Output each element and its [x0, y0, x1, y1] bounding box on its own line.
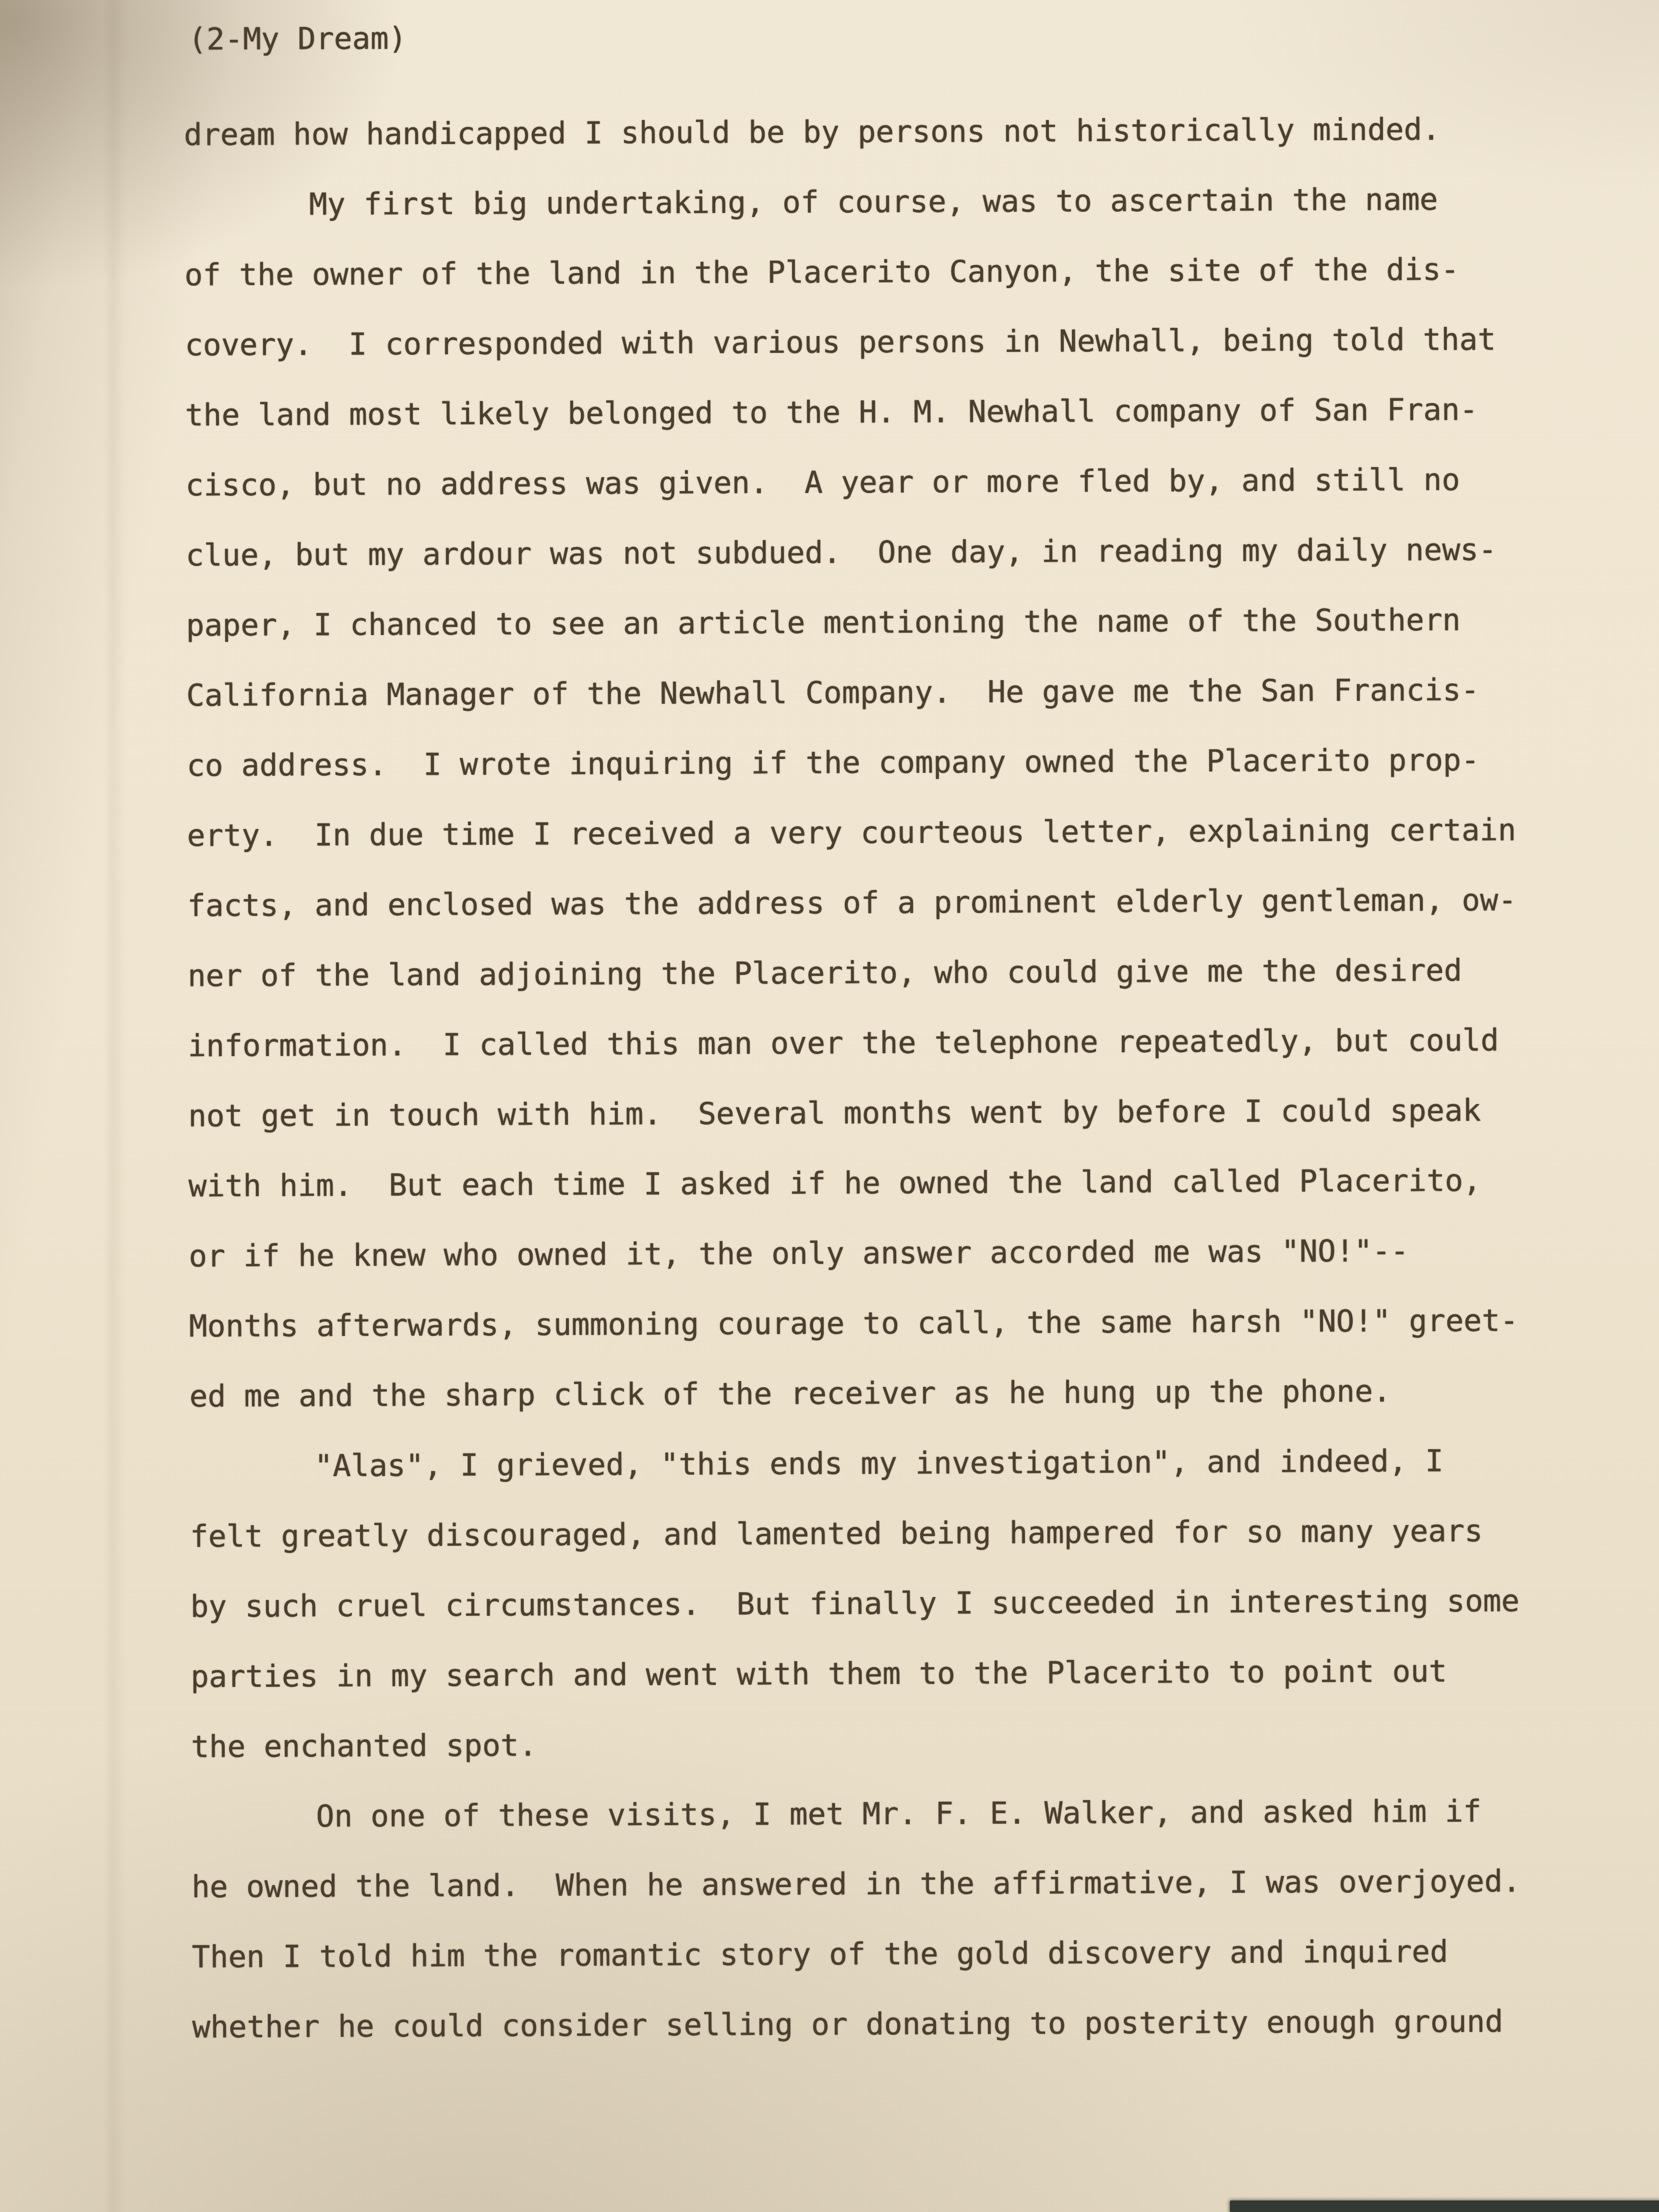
text-line: he owned the land. When he answered in t…: [192, 1846, 1584, 1923]
text-line: ed me and the sharp click of the receive…: [189, 1356, 1582, 1432]
text-line: co address. I wrote inquiring if the com…: [187, 725, 1579, 801]
typed-body: dream how handicapped I should be by per…: [184, 94, 1585, 2063]
text-line: Then I told him the romantic story of th…: [192, 1916, 1584, 1993]
text-line: clue, but my ardour was not subdued. One…: [186, 515, 1578, 591]
text-line: Months afterwards, summoning courage to …: [189, 1286, 1582, 1362]
text-line: of the owner of the land in the Placerit…: [184, 234, 1577, 311]
text-line: the enchanted spot.: [191, 1706, 1584, 1782]
text-line: the land most likely belonged to the H. …: [185, 374, 1577, 451]
text-line: covery. I corresponded with various pers…: [185, 304, 1577, 381]
text-line: facts, and enclosed was the address of a…: [187, 865, 1580, 941]
text-line: cisco, but no address was given. A year …: [185, 445, 1578, 521]
text-line: erty. In due time I received a very cour…: [187, 795, 1579, 871]
scan-edge-artifact: [1230, 2200, 1659, 2212]
text-line: parties in my search and went with them …: [191, 1636, 1583, 1712]
text-line: California Manager of the Newhall Compan…: [186, 655, 1579, 731]
text-line: felt greatly discouraged, and lamented b…: [190, 1496, 1583, 1572]
text-line: information. I called this man over the …: [188, 1005, 1580, 1082]
text-line: by such cruel circumstances. But finally…: [190, 1566, 1583, 1642]
text-line: paper, I chanced to see an article menti…: [186, 585, 1578, 661]
text-line: or if he knew who owned it, the only ans…: [189, 1215, 1581, 1292]
text-line: "Alas", I grieved, "this ends my investi…: [190, 1426, 1582, 1502]
text-line: with him. But each time I asked if he ow…: [188, 1145, 1581, 1222]
text-line: ner of the land adjoining the Placerito,…: [188, 935, 1580, 1011]
page-header: (2-My Dream): [188, 19, 407, 59]
text-line: not get in touch with him. Several month…: [188, 1075, 1581, 1152]
text-line: My first big undertaking, of course, was…: [184, 164, 1576, 240]
text-line: On one of these visits, I met Mr. F. E. …: [191, 1776, 1584, 1852]
text-line: dream how handicapped I should be by per…: [184, 94, 1576, 170]
text-line: whether he could consider selling or don…: [192, 1986, 1585, 2063]
manuscript-page: (2-My Dream) dream how handicapped I sho…: [0, 0, 1659, 2212]
